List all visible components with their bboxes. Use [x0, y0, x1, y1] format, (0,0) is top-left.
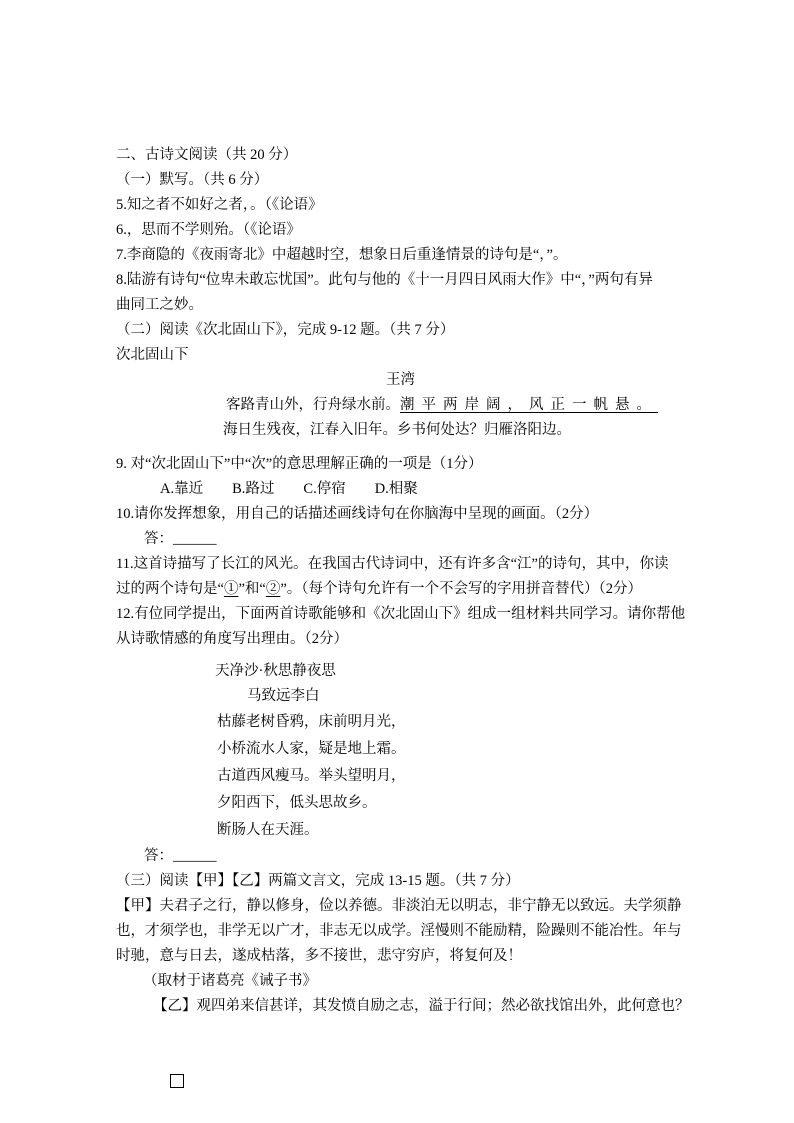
question-7: 7.李商隐的《夜雨寄北》中超越时空，想象日后重逢情景的诗句是“，”。 [116, 243, 678, 268]
subsection-2-heading-text: （二）阅读《次北固山下》，完成 9-12 题。（共 7 分） [116, 322, 454, 338]
passage-jia-source: （取材于诸葛亮《诫子书》 [116, 969, 678, 994]
poem-1-author-text: 王湾 [386, 372, 415, 388]
poem-1-author: 王湾 [116, 368, 678, 393]
poem-2-authors-text: 马致远李白 [247, 688, 320, 704]
passage-jia-line-1-text: 【甲】夫君子之行，静以修身，俭以养德。非淡泊无以明志，非宁静无以致远。夫学须静 [116, 898, 682, 914]
poem-2-authors: 马致远李白 [116, 684, 678, 709]
question-9-text: 9. 对“次北固山下”中“次”的意思理解正确的一项是（1分） [116, 456, 483, 472]
question-11-line-1: 11.这首诗描写了长江的风光。在我国古代诗词中，还有许多含“江”的诗句，其中，你… [116, 552, 678, 577]
poem-2-verse-4: 夕阳西下，低头思故乡。 [116, 790, 678, 817]
question-12-answer-blank-text: 答：______ [144, 848, 217, 864]
question-8-line-2-text: 曲同工之妙。 [116, 297, 203, 313]
passage-jia-source-text: （取材于诸葛亮《诫子书》 [143, 973, 317, 989]
question-8-line-2: 曲同工之妙。 [116, 293, 678, 318]
poem-1-title: 次北固山下 [116, 343, 678, 368]
poem-2-verse-1-text: 枯藤老树昏鸦，床前明月光， [217, 714, 406, 730]
question-11-line-2: 过的两个诗句是“①”和“②”。（每个诗句允许有一个不会写的字用拼音替代）（2分） [116, 577, 678, 602]
question-11-line-2-text: 过的两个诗句是“ [116, 581, 224, 597]
passage-yi-line-1-text: 【乙】观四弟来信甚详，其发愤自励之志，溢于行间；然必欲找馆出外，此何意也？ [153, 998, 690, 1014]
question-6: 6.，思而不学则殆。（《论语》 [116, 218, 678, 243]
subsection-1-heading: （一）默写。（共 6 分） [116, 168, 678, 193]
subsection-3-heading-text: （三）阅读【甲】【乙】两篇文言文，完成 13-15 题。（共 7 分） [116, 873, 520, 889]
question-9-options-text: A.靠近 B.路过 C.停宿 D.相聚 [160, 481, 418, 497]
poem-2-verse-5: 断肠人在天涯。 [116, 817, 678, 844]
poem-1-verse-1-underlined-text: 潮平两岸阔，风正一帆悬。 [400, 397, 658, 413]
poem-2-titles-text: 天净沙·秋思静夜思 [215, 663, 336, 679]
question-11-line-1-text: 11.这首诗描写了长江的风光。在我国古代诗词中，还有许多含“江”的诗句，其中，你… [116, 556, 668, 572]
question-10: 10.请你发挥想象，用自己的话描述画线诗句在你脑海中呈现的画面。（2分） [116, 502, 678, 527]
empty-square-box [170, 1074, 184, 1088]
question-8-line-1: 8.陆游有诗句“位卑未敢忘忧国”。此句与他的《十一月四日风雨大作》中“，”两句有… [116, 268, 678, 293]
poem-2-titles: 天净沙·秋思静夜思 [116, 659, 678, 684]
subsection-2-heading: （二）阅读《次北固山下》，完成 9-12 题。（共 7 分） [116, 318, 678, 343]
question-10-answer-blank-text: 答：______ [144, 531, 217, 547]
question-12-line-1: 12.有位同学提出，下面两首诗歌能够和《次北固山下》组成一组材料共同学习。请你帮… [116, 602, 678, 627]
question-8-line-1-text: 8.陆游有诗句“位卑未敢忘忧国”。此句与他的《十一月四日风雨大作》中“，”两句有… [116, 272, 653, 288]
poem-2-verse-1: 枯藤老树昏鸦，床前明月光， [116, 709, 678, 736]
question-9: 9. 对“次北固山下”中“次”的意思理解正确的一项是（1分） [116, 452, 678, 477]
passage-jia-line-1: 【甲】夫君子之行，静以修身，俭以养德。非淡泊无以明志，非宁静无以致远。夫学须静 [116, 894, 678, 919]
poem-1-verse-1: 客路青山外，行舟绿水前。潮平两岸阔，风正一帆悬。 [116, 393, 678, 418]
question-5: 5.知之者不如好之者，。（《论语》 [116, 193, 678, 218]
question-12-line-1-text: 12.有位同学提出，下面两首诗歌能够和《次北固山下》组成一组材料共同学习。请你帮… [116, 606, 685, 622]
poem-1-verse-1-text: 客路青山外，行舟绿水前。 [226, 397, 400, 413]
question-5-text: 5.知之者不如好之者，。（《论语》 [116, 197, 323, 213]
section-2-heading: 二、古诗文阅读（共 20 分） [116, 143, 678, 168]
subsection-1-heading-text: （一）默写。（共 6 分） [116, 172, 268, 188]
exam-paper-page: 二、古诗文阅读（共 20 分）（一）默写。（共 6 分）5.知之者不如好之者，。… [0, 0, 794, 1123]
question-11-line-2-text: ”和“ [238, 581, 265, 597]
poem-1-verse-2-text: 海日生残夜，江春入旧年。乡书何处达？归雁洛阳边。 [223, 422, 571, 438]
question-11-line-2-underlined-text: ② [266, 581, 281, 597]
section-2-heading-text: 二、古诗文阅读（共 20 分） [116, 147, 297, 163]
poem-1-verse-2: 海日生残夜，江春入旧年。乡书何处达？归雁洛阳边。 [116, 418, 678, 443]
poem-1-title-text: 次北固山下 [116, 347, 189, 363]
passage-yi-line-1: 【乙】观四弟来信甚详，其发愤自励之志，溢于行间；然必欲找馆出外，此何意也？ [116, 994, 678, 1019]
poem-2-verse-5-text: 断肠人在天涯。 [217, 822, 319, 838]
poem-2-verse-4-text: 夕阳西下，低头思故乡。 [217, 795, 377, 811]
poem-2-verse-3: 古道西风瘦马。举头望明月， [116, 763, 678, 790]
question-11-line-2-text: ”。（每个诗句允许有一个不会写的字用拼音替代）（2分） [280, 581, 642, 597]
passage-jia-line-3-text: 时驰，意与日去，遂成枯落，多不接世，悲守穷庐，将复何及！ [116, 948, 522, 964]
document-content: 二、古诗文阅读（共 20 分）（一）默写。（共 6 分）5.知之者不如好之者，。… [116, 143, 678, 1019]
question-12-line-2-text: 从诗歌情感的角度写出理由。（2分） [116, 631, 348, 647]
question-11-line-2-underlined-text: ① [224, 581, 239, 597]
question-9-options: A.靠近 B.路过 C.停宿 D.相聚 [116, 477, 678, 502]
question-7-text: 7.李商隐的《夜雨寄北》中超越时空，想象日后重逢情景的诗句是“，”。 [116, 247, 568, 263]
passage-jia-line-3: 时驰，意与日去，遂成枯落，多不接世，悲守穷庐，将复何及！ [116, 944, 678, 969]
poem-2-verse-3-text: 古道西风瘦马。举头望明月， [217, 768, 406, 784]
poem-2-verse-2-text: 小桥流水人家，疑是地上霜。 [217, 741, 406, 757]
poem-2-verse-2: 小桥流水人家，疑是地上霜。 [116, 736, 678, 763]
passage-jia-line-2-text: 也，才须学也，非学无以广才，非志无以成学。淫慢则不能励精，险躁则不能冶性。年与 [116, 923, 682, 939]
passage-jia-line-2: 也，才须学也，非学无以广才，非志无以成学。淫慢则不能励精，险躁则不能冶性。年与 [116, 919, 678, 944]
question-6-text: 6.，思而不学则殆。（《论语》 [116, 222, 301, 238]
question-12-line-2: 从诗歌情感的角度写出理由。（2分） [116, 627, 678, 652]
subsection-3-heading: （三）阅读【甲】【乙】两篇文言文，完成 13-15 题。（共 7 分） [116, 869, 678, 894]
question-10-text: 10.请你发挥想象，用自己的话描述画线诗句在你脑海中呈现的画面。（2分） [116, 506, 598, 522]
question-12-answer-blank: 答：______ [116, 844, 678, 869]
question-10-answer-blank: 答：______ [116, 527, 678, 552]
